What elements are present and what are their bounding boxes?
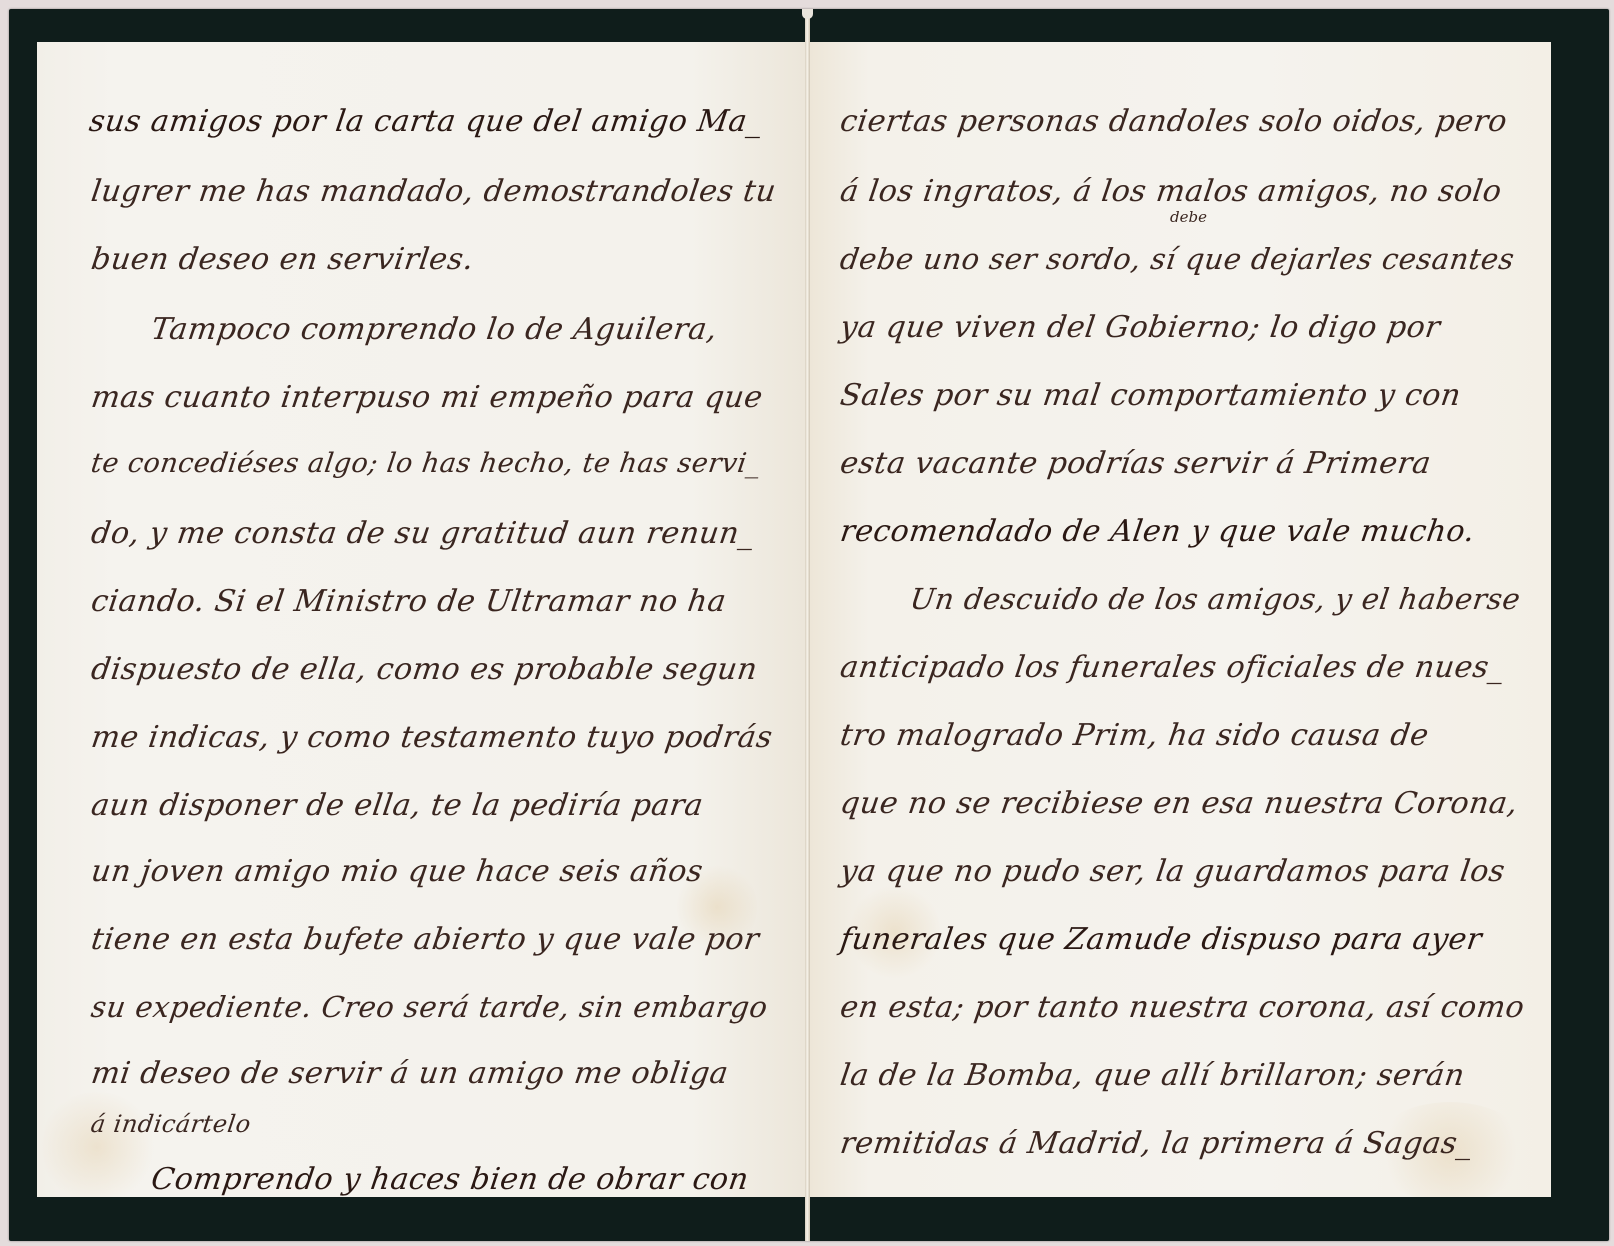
left-line-12: un joven amigo mio que hace seis años: [89, 854, 705, 889]
left-line-16: á indicártelo: [89, 1110, 253, 1138]
right-line-3: debe uno ser sordo, sí que dejarles cesa…: [838, 242, 1517, 276]
right-line-11: que no se recibiese en esa nuestra Coron…: [838, 786, 1520, 821]
left-line-4: Tampoco comprendo lo de Aguilera,: [149, 312, 719, 347]
right-line-14: en esta; por tanto nuestra corona, así c…: [838, 990, 1527, 1025]
left-line-10: me indicas, y como testamento tuyo podrá…: [89, 720, 775, 755]
right-line-5: Sales por su mal comportamiento y con: [838, 378, 1463, 413]
left-line-2: lugrer me has mandado, demostrandoles tu: [89, 174, 778, 209]
left-line-9: dispuesto de ella, como es probable segu…: [89, 652, 760, 687]
left-line-8: ciando. Si el Ministro de Ultramar no ha: [89, 584, 729, 619]
right-line-7: recomendado de Alen y que vale mucho.: [838, 514, 1477, 549]
right-line-6: esta vacante podrías servir á Primera: [838, 446, 1433, 481]
paper-stain: [37, 1092, 157, 1197]
left-line-1: sus amigos por la carta que del amigo Ma…: [87, 104, 765, 139]
right-line-2: á los ingratos, á los malos amigos, no s…: [838, 174, 1504, 209]
right-page: ciertas personas dandoles solo oidos, pe…: [810, 42, 1551, 1197]
left-line-11: aun disponer de ella, te la pediría para: [89, 788, 706, 823]
right-line-16: remitidas á Madrid, la primera á Sagas_: [838, 1126, 1475, 1161]
left-line-13: tiene en esta bufete abierto y que vale …: [89, 922, 761, 957]
right-line-12: ya que no pudo ser, la guardamos para lo…: [838, 854, 1507, 889]
right-line-8: Un descuido de los amigos, y el haberse: [908, 582, 1523, 616]
right-line-4: ya que viven del Gobierno; lo digo por: [838, 310, 1443, 345]
left-line-15: mi deseo de servir á un amigo me obliga: [89, 1056, 731, 1091]
right-line-9: anticipado los funerales oficiales de nu…: [838, 650, 1507, 685]
right-line-1: ciertas personas dandoles solo oidos, pe…: [838, 104, 1510, 139]
left-line-3: buen deseo en servirles.: [89, 242, 476, 277]
fold-notch: [802, 9, 813, 19]
letter-sheet: sus amigos por la carta que del amigo Ma…: [9, 9, 1609, 1241]
right-line-15: la de la Bomba, que allí brillaron; será…: [838, 1058, 1467, 1093]
right-line-13: funerales que Zamude dispuso para ayer: [838, 922, 1484, 957]
left-line-6: te concediéses algo; lo has hecho, te ha…: [89, 448, 763, 479]
interlinear-insertion: debe: [1170, 208, 1207, 226]
left-line-17: Comprendo y haces bien de obrar con: [149, 1162, 751, 1197]
left-line-5: mas cuanto interpuso mi empeño para que: [89, 380, 765, 415]
right-line-10: tro malogrado Prim, ha sido causa de: [838, 718, 1431, 753]
left-page: sus amigos por la carta que del amigo Ma…: [37, 42, 805, 1197]
left-line-7: do, y me consta de su gratitud aun renun…: [89, 516, 757, 551]
left-line-14: su expediente. Creo será tarde, sin emba…: [89, 990, 770, 1024]
